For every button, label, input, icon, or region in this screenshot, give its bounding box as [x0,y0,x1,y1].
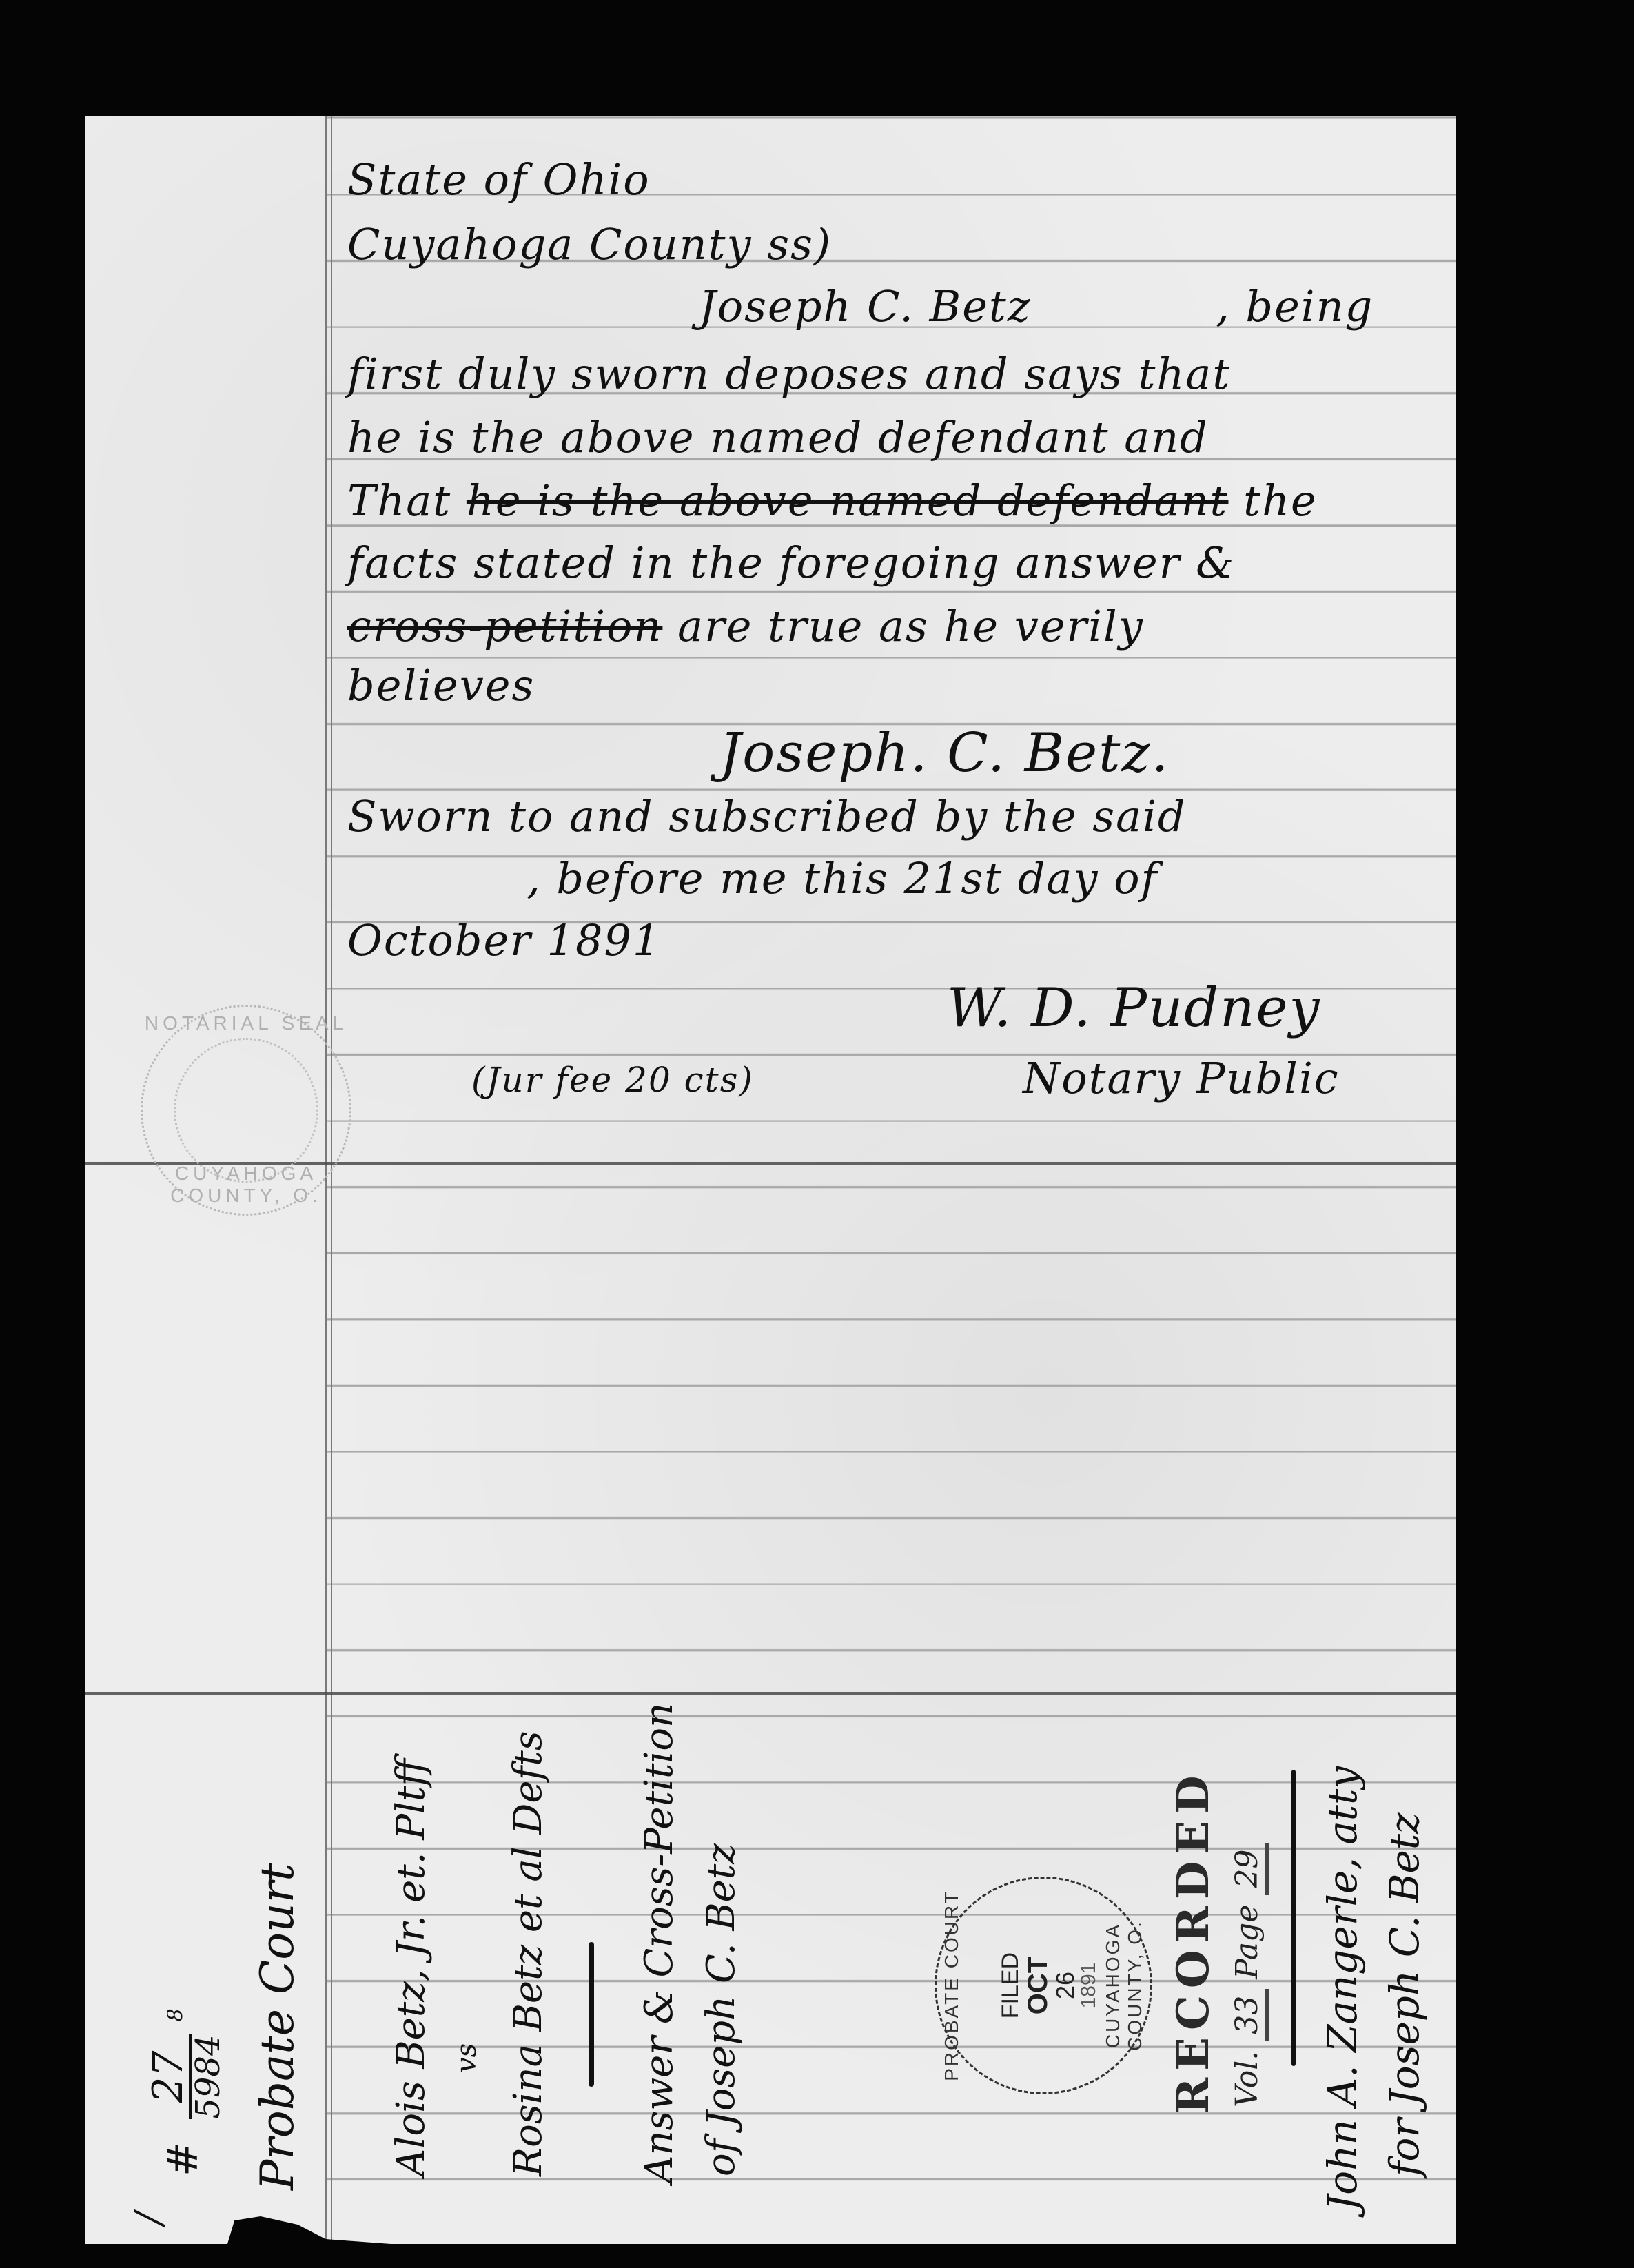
filed-stamp: PROBATE COURT FILED OCT 26 1891 CUYAHOGA… [935,1877,1152,2094]
notary-title: Notary Public [1023,1053,1340,1103]
fee-note: (Jur fee 20 cts) [471,1060,754,1100]
attorney-line-1: John A. Zangerle, atty [1319,1766,1366,2211]
being-text: , being [1216,281,1373,331]
filed-stamp-ring-bottom: CUYAHOGA COUNTY, O. [1102,1879,1146,2092]
attorney-line-2: for Joseph C. Betz [1381,1812,1428,2176]
notary-signature: W. D. Pudney [947,977,1321,1039]
court-name: Probate Court [251,1863,304,2190]
case-superscript: 8 [164,2008,188,2021]
fold-crease-lower [85,1692,1456,1695]
verily-text: are true as he verily [677,601,1144,651]
defendant-line: he is the above named defendant and [347,412,1209,462]
page-label: Page [1229,1905,1265,1979]
jurat-line-1: Sworn to and subscribed by the said [347,791,1187,841]
jurat-line-2: , before me this 21st day of [527,853,1158,903]
case-fraction: 27 5984 [147,2034,225,2118]
filed-stamp-center: FILED OCT 26 1891 [999,1879,1100,2092]
filed-label: FILED [999,1879,1023,2092]
filing-title-2: of Joseph C. Betz [699,1843,744,2176]
vol-number: 33 [1229,1989,1269,2041]
jurat-date: October 1891 [347,915,661,966]
hash-sign: # [159,2142,207,2176]
the-word: the [1243,476,1318,526]
seal-inner-ring [174,1038,318,1183]
affiant-name: Joseph C. Betz [699,281,1032,331]
filed-year: 1891 [1078,1879,1100,2092]
versus: vs [451,2043,482,2073]
case-number-top: 27 [147,2034,192,2118]
struck-cross-petition: cross-petition [347,601,662,651]
filing-title-1: Answer & Cross-Petition [637,1703,682,2183]
believes-line: believes [347,660,535,711]
seal-bottom-text: CUYAHOGA COUNTY, O. [143,1163,349,1207]
filed-stamp-ring-top: PROBATE COURT [941,1879,963,2092]
docket-divider [589,1942,594,2087]
true-line: cross-petition are true as he verily [347,601,1144,651]
check-mark: / [127,2212,170,2225]
venue-state: State of Ohio [347,154,651,205]
page-number: 29 [1229,1843,1269,1895]
plaintiff: Alois Betz, Jr. et. Pltff [389,1759,433,2176]
oath-line: first duly sworn deposes and says that [347,349,1231,399]
seal-top-text: NOTARIAL SEAL [143,1012,349,1034]
that-line: That he is the above named defendant the [347,476,1318,526]
document-page: NOTARIAL SEAL CUYAHOGA COUNTY, O. State … [85,116,1456,2244]
affiant-signature: Joseph. C. Betz. [719,722,1170,784]
recorded-volume-page: Vol. 33 Page 29 [1229,1843,1265,2107]
wavy-divider [1291,1770,1296,2066]
venue-county: Cuyahoga County ss) [347,219,832,269]
case-number-bottom: 5984 [192,2034,225,2118]
filed-day: 26 [1052,1879,1079,2092]
vol-label: Vol. [1229,2051,1265,2107]
facts-line: facts stated in the foregoing answer & [347,538,1235,588]
defendant: Rosina Betz et al Defts [506,1731,551,2176]
filed-month: OCT [1023,1879,1052,2092]
recorded-stamp: RECORDED [1167,1768,1219,2114]
notarial-seal: NOTARIAL SEAL CUYAHOGA COUNTY, O. [141,1005,351,1216]
struck-text: he is the above named defendant [467,476,1229,526]
case-number: # 27 5984 8 [147,2008,225,2176]
that-word: That [347,476,451,526]
